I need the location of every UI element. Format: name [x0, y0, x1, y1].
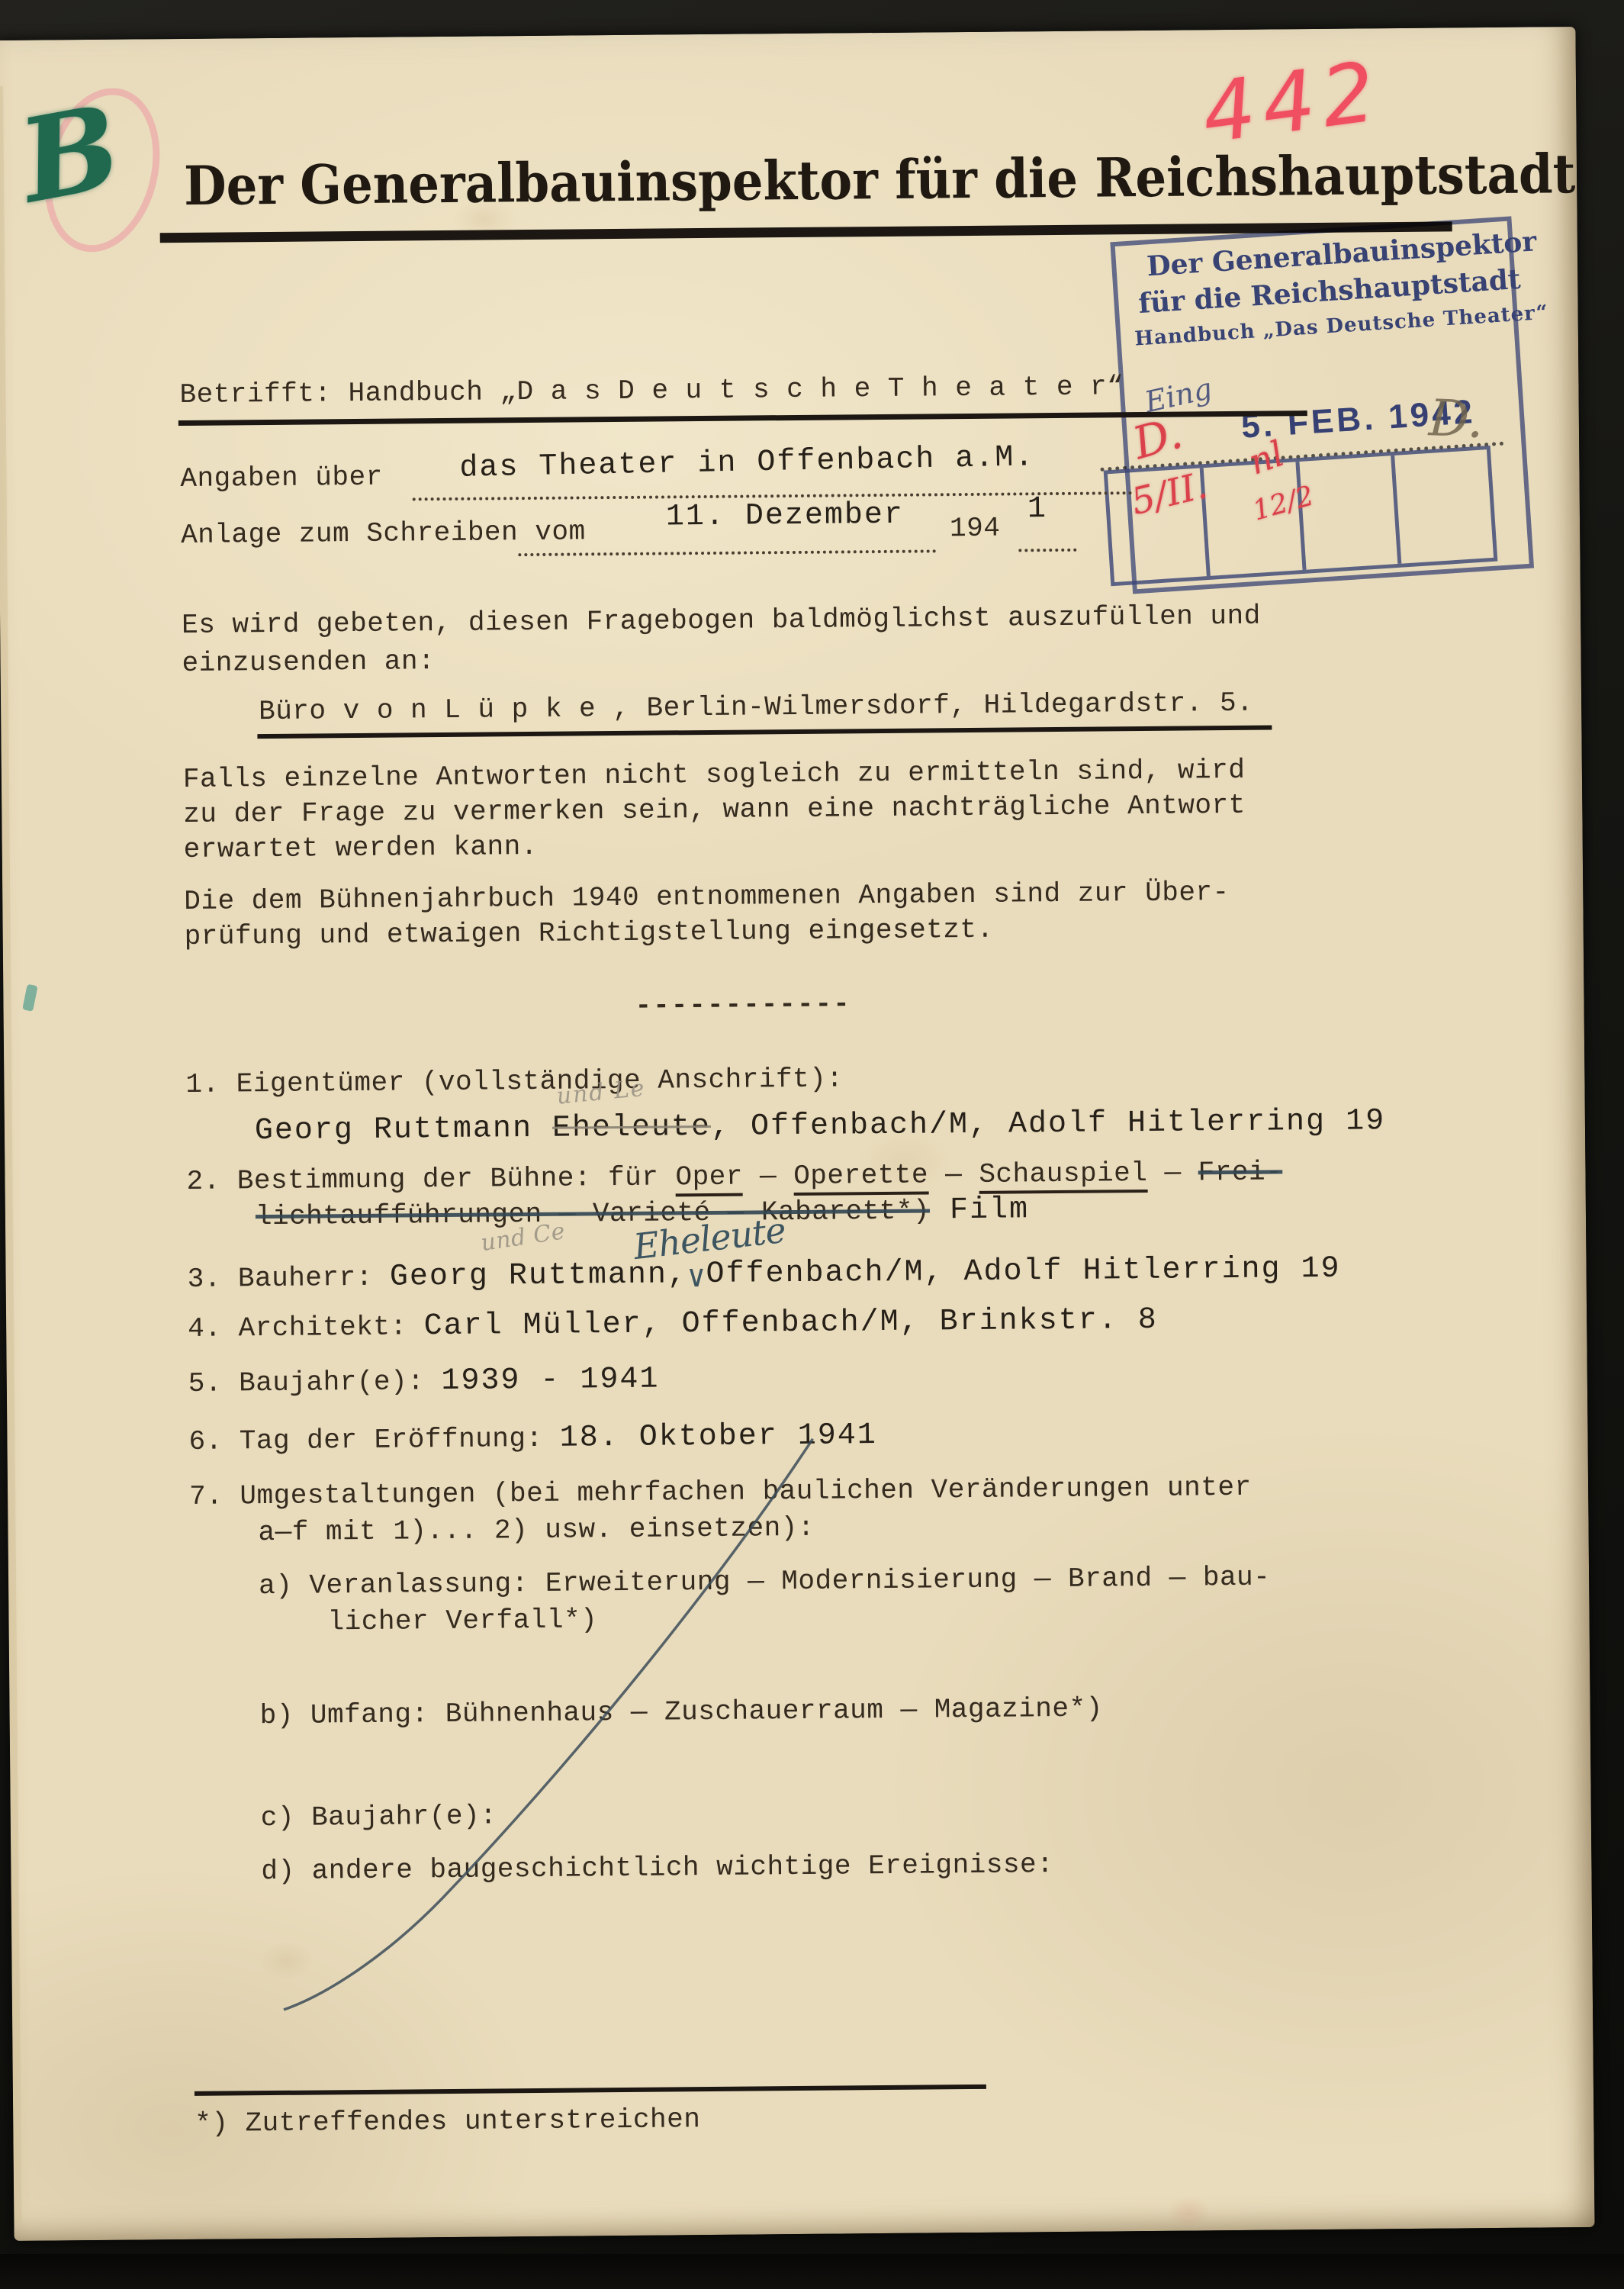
paragraph-line: erwartet werden kann. [184, 831, 539, 865]
item-4-label: 4. Architekt: [188, 1311, 424, 1344]
item-7-line1: 7. Umgestaltungen (bei mehrfachen baulic… [189, 1472, 1252, 1512]
item-5-line: 5. Baujahr(e): 1939 - 1941 [188, 1363, 660, 1401]
stamp-table-cell [1394, 449, 1494, 563]
subject-value: „D a s D e u t s c h e T h e a t e r“ [500, 371, 1124, 407]
anlage-dotted-line-short [1018, 549, 1076, 552]
item-3-value-post: Offenbach/M, Adolf Hitlerring 19 [706, 1252, 1340, 1292]
stamp-table-cell [1299, 456, 1402, 570]
item-7a-line1: a) Veranlassung: Erweiterung — Modernisi… [259, 1562, 1271, 1602]
item-7-line2: a—f mit 1)... 2) usw. einsetzen): [258, 1512, 815, 1548]
address-line: Büro v o n L ü p k e , Berlin-Wilmersdor… [259, 687, 1253, 727]
item-1-label: 1. Eigentümer (vollständige Anschrift): [185, 1063, 843, 1100]
underlined-option: Operette [793, 1159, 928, 1196]
anlage-label: Anlage zum Schreiben vom [181, 516, 586, 551]
subject-label: Betrifft: Handbuch [179, 376, 500, 410]
dash: — [928, 1159, 979, 1191]
item-5-label: 5. Baujahr(e): [188, 1366, 442, 1399]
underlined-option: Schauspiel [979, 1157, 1147, 1194]
item-7d-line: d) andere baugeschichtlich wichtige Erei… [261, 1849, 1053, 1887]
separator-dashes: ------------ [635, 988, 851, 1021]
anlage-value: 11. Dezember [666, 498, 904, 535]
angaben-label: Angaben über [180, 462, 383, 494]
underlined-option: Oper [675, 1161, 743, 1197]
item-4-value: Carl Müller, Offenbach/M, Brinkstr. 8 [423, 1303, 1158, 1344]
item-1-value-pre: Georg Ruttmann [255, 1112, 552, 1148]
footnote: *) Zutreffendes unterstreichen [195, 2104, 700, 2139]
document-page: B 442 Der Generalbauinspektor für die Re… [0, 27, 1595, 2241]
struck-word: Eheleute [552, 1110, 711, 1146]
item-2-pre: 2. Bestimmung der Bühne: für [186, 1161, 675, 1197]
paragraph-line: Es wird gebeten, diesen Fragebogen baldm… [182, 600, 1261, 641]
item-2-line1: 2. Bestimmung der Bühne: für Oper — Oper… [186, 1156, 1282, 1197]
paragraph-line: zu der Frage zu vermerken sein, wann ein… [183, 790, 1246, 830]
scanner-background: B 442 Der Generalbauinspektor für die Re… [0, 0, 1624, 2289]
struck-word-wrap: und LeEheleute [552, 1110, 711, 1146]
caret-mark: ∨ [687, 1259, 706, 1296]
pencil-mark: D. [1428, 388, 1485, 449]
page-edge [0, 86, 21, 2223]
insertion-wrap: Eheleuteund Ce∨ [687, 1259, 706, 1290]
subject-line: Betrifft: Handbuch „D a s D e u t s c h … [179, 371, 1124, 410]
item-2-film-value: Film [930, 1193, 1029, 1228]
dash: — [1147, 1157, 1198, 1189]
angaben-value: das Theater in Offenbach a.M. [459, 440, 1035, 485]
stamp-table-cell [1203, 462, 1306, 576]
dash: — [743, 1161, 794, 1193]
receipt-stamp: Der Generalbauinspektor für die Reichsha… [1110, 216, 1534, 594]
footnote-rule [195, 2085, 986, 2096]
item-1-value-post: , Offenbach/M, Adolf Hitlerring 19 [711, 1104, 1385, 1144]
letterhead-title: Der Generalbauinspektor für die Reichsha… [184, 143, 1576, 217]
item-7b-line: b) Umfang: Bühnenhaus — Zuschauerraum — … [259, 1693, 1103, 1732]
item-6-label: 6. Tag der Eröffnung: [188, 1423, 560, 1457]
paragraph-line: Die dem Bühnenjahrbuch 1940 entnommenen … [184, 877, 1230, 917]
anlage-year-digit: 1 [1027, 492, 1047, 526]
item-4-line: 4. Architekt: Carl Müller, Offenbach/M, … [188, 1303, 1158, 1346]
item-6-value: 18. Oktober 1941 [560, 1418, 877, 1456]
edge-mark [22, 984, 37, 1012]
struck-options: lichtaufführungen — Varieté — Kabarett*) [256, 1195, 930, 1232]
item-3-label: 3. Bauherr: [187, 1262, 390, 1295]
paragraph-line: einzusenden an: [182, 645, 435, 679]
address-underline [257, 726, 1272, 739]
struck-option: Frei- [1198, 1156, 1283, 1188]
item-6-line: 6. Tag der Eröffnung: 18. Oktober 1941 [188, 1418, 877, 1459]
anlage-dotted-line [518, 549, 936, 556]
item-3-line: 3. Bauherr: Georg Ruttmann,Eheleuteund C… [187, 1249, 1340, 1296]
paragraph-line: Falls einzelne Antworten nicht sogleich … [183, 755, 1246, 795]
anlage-year-prefix: 194 [950, 513, 1001, 545]
item-5-value: 1939 - 1941 [441, 1363, 659, 1399]
item-1-value: Georg Ruttmann und LeEheleute, Offenbach… [255, 1104, 1386, 1148]
paragraph-line: prüfung und etwaigen Richtigstellung ein… [185, 914, 994, 952]
item-7c-line: c) Baujahr(e): [261, 1800, 497, 1833]
item-7a-line2: licher Verfall*) [327, 1604, 597, 1637]
